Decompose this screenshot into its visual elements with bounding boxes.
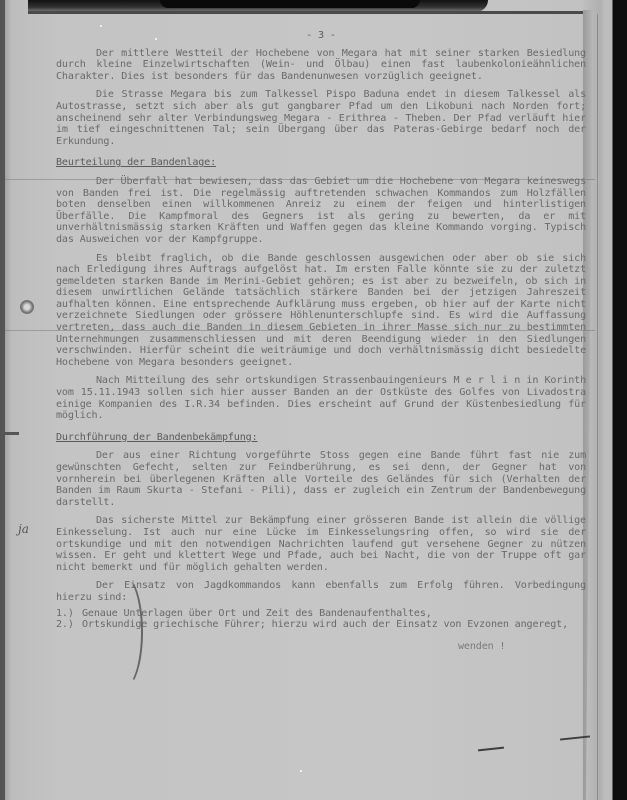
page-number: - 3 - <box>56 30 586 42</box>
section-heading: Beurteilung der Bandenlage: <box>56 157 586 169</box>
paragraph: Der mittlere Westteil der Hochebene von … <box>56 48 586 83</box>
list-number: 2.) <box>56 619 82 631</box>
right-page-edge <box>597 14 598 800</box>
list-text: Ortskundige griechische Führer; hierzu w… <box>82 619 568 631</box>
scan-left-edge <box>0 0 5 800</box>
pen-stroke <box>105 575 143 689</box>
list-number: 1.) <box>56 608 82 620</box>
paragraph: Nach Mitteilung des sehr ortskundigen St… <box>56 375 586 421</box>
turn-page-note: wenden ! <box>458 641 586 653</box>
margin-mark <box>5 432 19 435</box>
paragraph: Die Strasse Megara bis zum Talkessel Pis… <box>56 89 586 147</box>
paragraph: Der aus einer Richtung vorgeführte Stoss… <box>56 450 586 508</box>
paragraph: Es bleibt fraglich, ob die Bande geschlo… <box>56 253 586 369</box>
document-body: - 3 - Der mittlere Westteil der Hocheben… <box>56 30 586 652</box>
top-dark-blob <box>160 0 420 8</box>
paragraph: Der Überfall hat bewiesen, dass das Gebi… <box>56 176 586 246</box>
paragraph: Das sicherste Mittel zur Bekämpfung eine… <box>56 515 586 573</box>
page-top-edge <box>28 11 583 14</box>
punch-hole <box>20 300 34 314</box>
section-heading: Durchführung der Bandenbekämpfung: <box>56 432 586 444</box>
handwritten-initials: ja <box>18 522 46 552</box>
